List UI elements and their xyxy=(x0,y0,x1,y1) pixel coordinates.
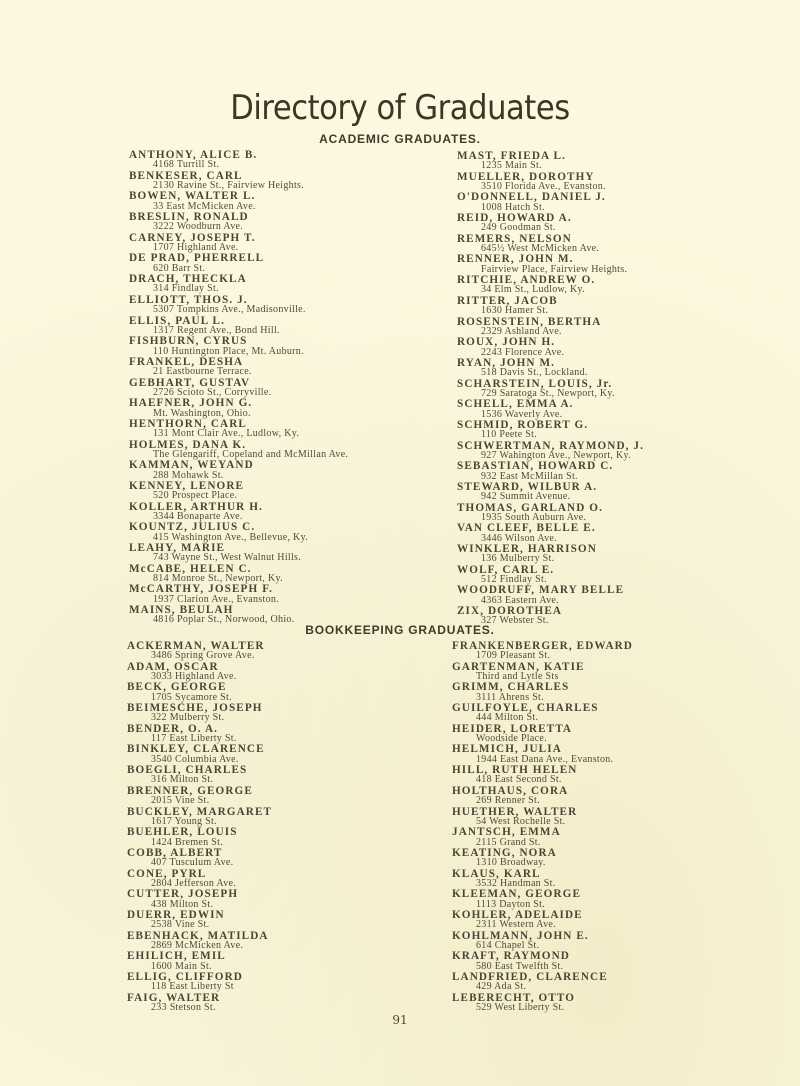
graduate-entry: FRANKEL, DESHA21 Eastbourne Terrace. xyxy=(129,357,348,378)
graduate-entry: DE PRAD, PHERRELL620 Barr St. xyxy=(129,253,348,274)
graduate-entry: GUILFOYLE, CHARLES444 Milton St. xyxy=(452,703,633,724)
graduate-entry: REMERS, NELSON645½ West McMicken Ave. xyxy=(457,234,644,255)
graduate-entry: HELMICH, JULIA1944 East Dana Ave., Evans… xyxy=(452,744,633,765)
graduate-entry: SEBASTIAN, HOWARD C.932 East McMillan St… xyxy=(457,461,644,482)
graduate-entry: GARTENMAN, KATIEThird and Lytle Sts xyxy=(452,662,633,683)
graduate-entry: KEATING, NORA1310 Broadway. xyxy=(452,848,633,869)
graduate-entry: HUETHER, WALTER54 West Rochelle St. xyxy=(452,807,633,828)
graduate-entry: RENNER, JOHN M.Fairview Place, Fairview … xyxy=(457,254,644,275)
page-number: 91 xyxy=(0,1013,800,1027)
graduate-entry: VAN CLEEF, BELLE E.3446 Wilson Ave. xyxy=(457,523,644,544)
graduate-entry: COBB, ALBERT407 Tusculum Ave. xyxy=(127,848,272,869)
graduate-entry: RITTER, JACOB1630 Hamer St. xyxy=(457,296,644,317)
graduate-entry: REID, HOWARD A.249 Goodman St. xyxy=(457,213,644,234)
graduate-address: 518 Davis St., Lockland. xyxy=(457,368,644,378)
graduate-entry: BENDER, O. A.117 East Liberty St. xyxy=(127,724,272,745)
graduate-entry: CARNEY, JOSEPH T.1707 Highland Ave. xyxy=(129,233,348,254)
graduate-entry: CONE, PYRL2804 Jefferson Ave. xyxy=(127,869,272,890)
graduate-entry: LEAHY, MARIE743 Wayne St., West Walnut H… xyxy=(129,543,348,564)
graduate-address: 529 West Liberty St. xyxy=(452,1003,633,1013)
graduate-entry: ELLIS, PAUL L.1317 Regent Ave., Bond Hil… xyxy=(129,316,348,337)
graduate-entry: LANDFRIED, CLARENCE429 Ada St. xyxy=(452,972,633,993)
academic-right-column: MAST, FRIEDA L.1235 Main St.MUELLER, DOR… xyxy=(457,151,644,627)
page-title: Directory of Graduates xyxy=(40,88,760,128)
graduate-name: FISHBURN, CYRUS xyxy=(129,336,348,346)
graduate-entry: BUEHLER, LOUIS1424 Bremen St. xyxy=(127,827,272,848)
graduate-entry: MUELLER, DOROTHY3510 Florida Ave., Evans… xyxy=(457,172,644,193)
graduate-entry: BUCKLEY, MARGARET1617 Young St. xyxy=(127,807,272,828)
graduate-entry: RITCHIE, ANDREW O.34 Elm St., Ludlow, Ky… xyxy=(457,275,644,296)
graduate-entry: SCHMID, ROBERT G.110 Peete St. xyxy=(457,420,644,441)
graduate-entry: SCHELL, EMMA A.1536 Waverly Ave. xyxy=(457,399,644,420)
graduate-entry: ROUX, JOHN H.2243 Florence Ave. xyxy=(457,337,644,358)
bookkeeping-right-column: FRANKENBERGER, EDWARD1709 Pleasant St.GA… xyxy=(452,641,633,1013)
graduate-entry: BINKLEY, CLARENCE3540 Columbia Ave. xyxy=(127,744,272,765)
graduate-entry: KAMMAN, WEYAND288 Mohawk St. xyxy=(129,460,348,481)
graduate-name: BUEHLER, LOUIS xyxy=(127,827,272,837)
graduate-name: ROUX, JOHN H. xyxy=(457,337,644,347)
graduate-entry: KOUNTZ, JULIUS C.415 Washington Ave., Be… xyxy=(129,522,348,543)
graduate-entry: McCARTHY, JOSEPH F.1937 Clarion Ave., Ev… xyxy=(129,584,348,605)
graduate-entry: EHILICH, EMIL1600 Main St. xyxy=(127,951,272,972)
graduate-entry: KOLLER, ARTHUR H.3344 Bonaparte Ave. xyxy=(129,502,348,523)
graduate-entry: KLEEMAN, GEORGE1113 Dayton St. xyxy=(452,889,633,910)
graduate-entry: FRANKENBERGER, EDWARD1709 Pleasant St. xyxy=(452,641,633,662)
graduate-entry: ELLIG, CLIFFORD118 East Liberty St xyxy=(127,972,272,993)
graduate-entry: FAIG, WALTER233 Stetson St. xyxy=(127,993,272,1014)
graduate-entry: WOLF, CARL E.512 Findlay St. xyxy=(457,565,644,586)
graduate-address: 5307 Tompkins Ave., Madisonville. xyxy=(129,305,348,315)
bookkeeping-left-column: ACKERMAN, WALTER3486 Spring Grove Ave.AD… xyxy=(127,641,272,1013)
graduate-entry: SCHWERTMAN, RAYMOND, J.927 Wahington Ave… xyxy=(457,441,644,462)
graduate-entry: ANTHONY, ALICE B.4168 Turrill St. xyxy=(129,150,348,171)
graduate-address: 269 Renner St. xyxy=(452,796,633,806)
graduate-entry: FISHBURN, CYRUS110 Huntington Place, Mt.… xyxy=(129,336,348,357)
graduate-entry: BEIMESCHE, JOSEPH322 Mulberry St. xyxy=(127,703,272,724)
graduate-entry: LEBERECHT, OTTO529 West Liberty St. xyxy=(452,993,633,1014)
graduate-entry: HEIDER, LORETTAWoodside Place. xyxy=(452,724,633,745)
graduate-entry: STEWARD, WILBUR A.942 Summit Avenue. xyxy=(457,482,644,503)
graduate-entry: O'DONNELL, DANIEL J.1008 Hatch St. xyxy=(457,192,644,213)
graduate-entry: DRACH, THECKLA314 Findlay St. xyxy=(129,274,348,295)
graduate-address: 407 Tusculum Ave. xyxy=(127,858,272,868)
graduate-entry: ROSENSTEIN, BERTHA2329 Ashland Ave. xyxy=(457,317,644,338)
graduate-entry: KOHLMANN, JOHN E.614 Chapel St. xyxy=(452,931,633,952)
graduate-entry: BENKESER, CARL2130 Ravine St., Fairview … xyxy=(129,171,348,192)
graduate-entry: MAST, FRIEDA L.1235 Main St. xyxy=(457,151,644,172)
graduate-entry: GEBHART, GUSTAV2726 Scioto St., Corryvil… xyxy=(129,378,348,399)
graduate-entry: BOEGLI, CHARLES316 Milton St. xyxy=(127,765,272,786)
graduate-entry: HOLTHAUS, CORA269 Renner St. xyxy=(452,786,633,807)
graduate-entry: KOHLER, ADELAIDE2311 Western Ave. xyxy=(452,910,633,931)
graduate-entry: RYAN, JOHN M.518 Davis St., Lockland. xyxy=(457,358,644,379)
graduate-name: JANTSCH, EMMA xyxy=(452,827,633,837)
graduate-entry: WINKLER, HARRISON136 Mulberry St. xyxy=(457,544,644,565)
graduate-entry: HENTHORN, CARL131 Mont Clair Ave., Ludlo… xyxy=(129,419,348,440)
graduate-entry: BRENNER, GEORGE2015 Vine St. xyxy=(127,786,272,807)
graduate-entry: GRIMM, CHARLES3111 Ahrens St. xyxy=(452,682,633,703)
graduate-entry: ACKERMAN, WALTER3486 Spring Grove Ave. xyxy=(127,641,272,662)
graduate-entry: ELLIOTT, THOS. J.5307 Tompkins Ave., Mad… xyxy=(129,295,348,316)
graduate-entry: ADAM, OSCAR3033 Highland Ave. xyxy=(127,662,272,683)
graduate-entry: THOMAS, GARLAND O.1935 South Auburn Ave. xyxy=(457,503,644,524)
graduate-entry: KLAUS, KARL3532 Handman St. xyxy=(452,869,633,890)
graduate-address: 233 Stetson St. xyxy=(127,1003,272,1013)
graduate-address: 1310 Broadway. xyxy=(452,858,633,868)
graduate-entry: DUERR, EDWIN2538 Vine St. xyxy=(127,910,272,931)
graduate-entry: CUTTER, JOSEPH438 Milton St. xyxy=(127,889,272,910)
graduate-entry: KENNEY, LENORE520 Prospect Place. xyxy=(129,481,348,502)
graduate-entry: JANTSCH, EMMA2115 Grand St. xyxy=(452,827,633,848)
graduate-entry: WOODRUFF, MARY BELLE4363 Eastern Ave. xyxy=(457,585,644,606)
bookkeeping-heading: BOOKKEEPING GRADUATES. xyxy=(0,623,800,637)
graduate-entry: SCHARSTEIN, LOUIS, Jr.729 Saratoga St., … xyxy=(457,379,644,400)
graduate-entry: HILL, RUTH HELEN418 East Second St. xyxy=(452,765,633,786)
graduate-entry: EBENHACK, MATILDA2869 McMicken Ave. xyxy=(127,931,272,952)
graduate-entry: BRESLIN, RONALD3222 Woodburn Ave. xyxy=(129,212,348,233)
graduate-entry: BECK, GEORGE1705 Sycamore St. xyxy=(127,682,272,703)
graduate-entry: HAEFNER, JOHN G.Mt. Washington, Ohio. xyxy=(129,398,348,419)
academic-heading: ACADEMIC GRADUATES. xyxy=(0,132,800,146)
graduate-entry: KRAFT, RAYMOND580 East Twelfth St. xyxy=(452,951,633,972)
graduate-entry: HOLMES, DANA K.The Glengariff, Copeland … xyxy=(129,440,348,461)
graduate-address: 2015 Vine St. xyxy=(127,796,272,806)
graduate-entry: McCABE, HELEN C.814 Monroe St., Newport,… xyxy=(129,564,348,585)
graduate-entry: BOWEN, WALTER L.33 East McMicken Ave. xyxy=(129,191,348,212)
graduate-address: 1630 Hamer St. xyxy=(457,306,644,316)
graduate-address: 21 Eastbourne Terrace. xyxy=(129,367,348,377)
academic-left-column: ANTHONY, ALICE B.4168 Turrill St.BENKESE… xyxy=(129,150,348,626)
